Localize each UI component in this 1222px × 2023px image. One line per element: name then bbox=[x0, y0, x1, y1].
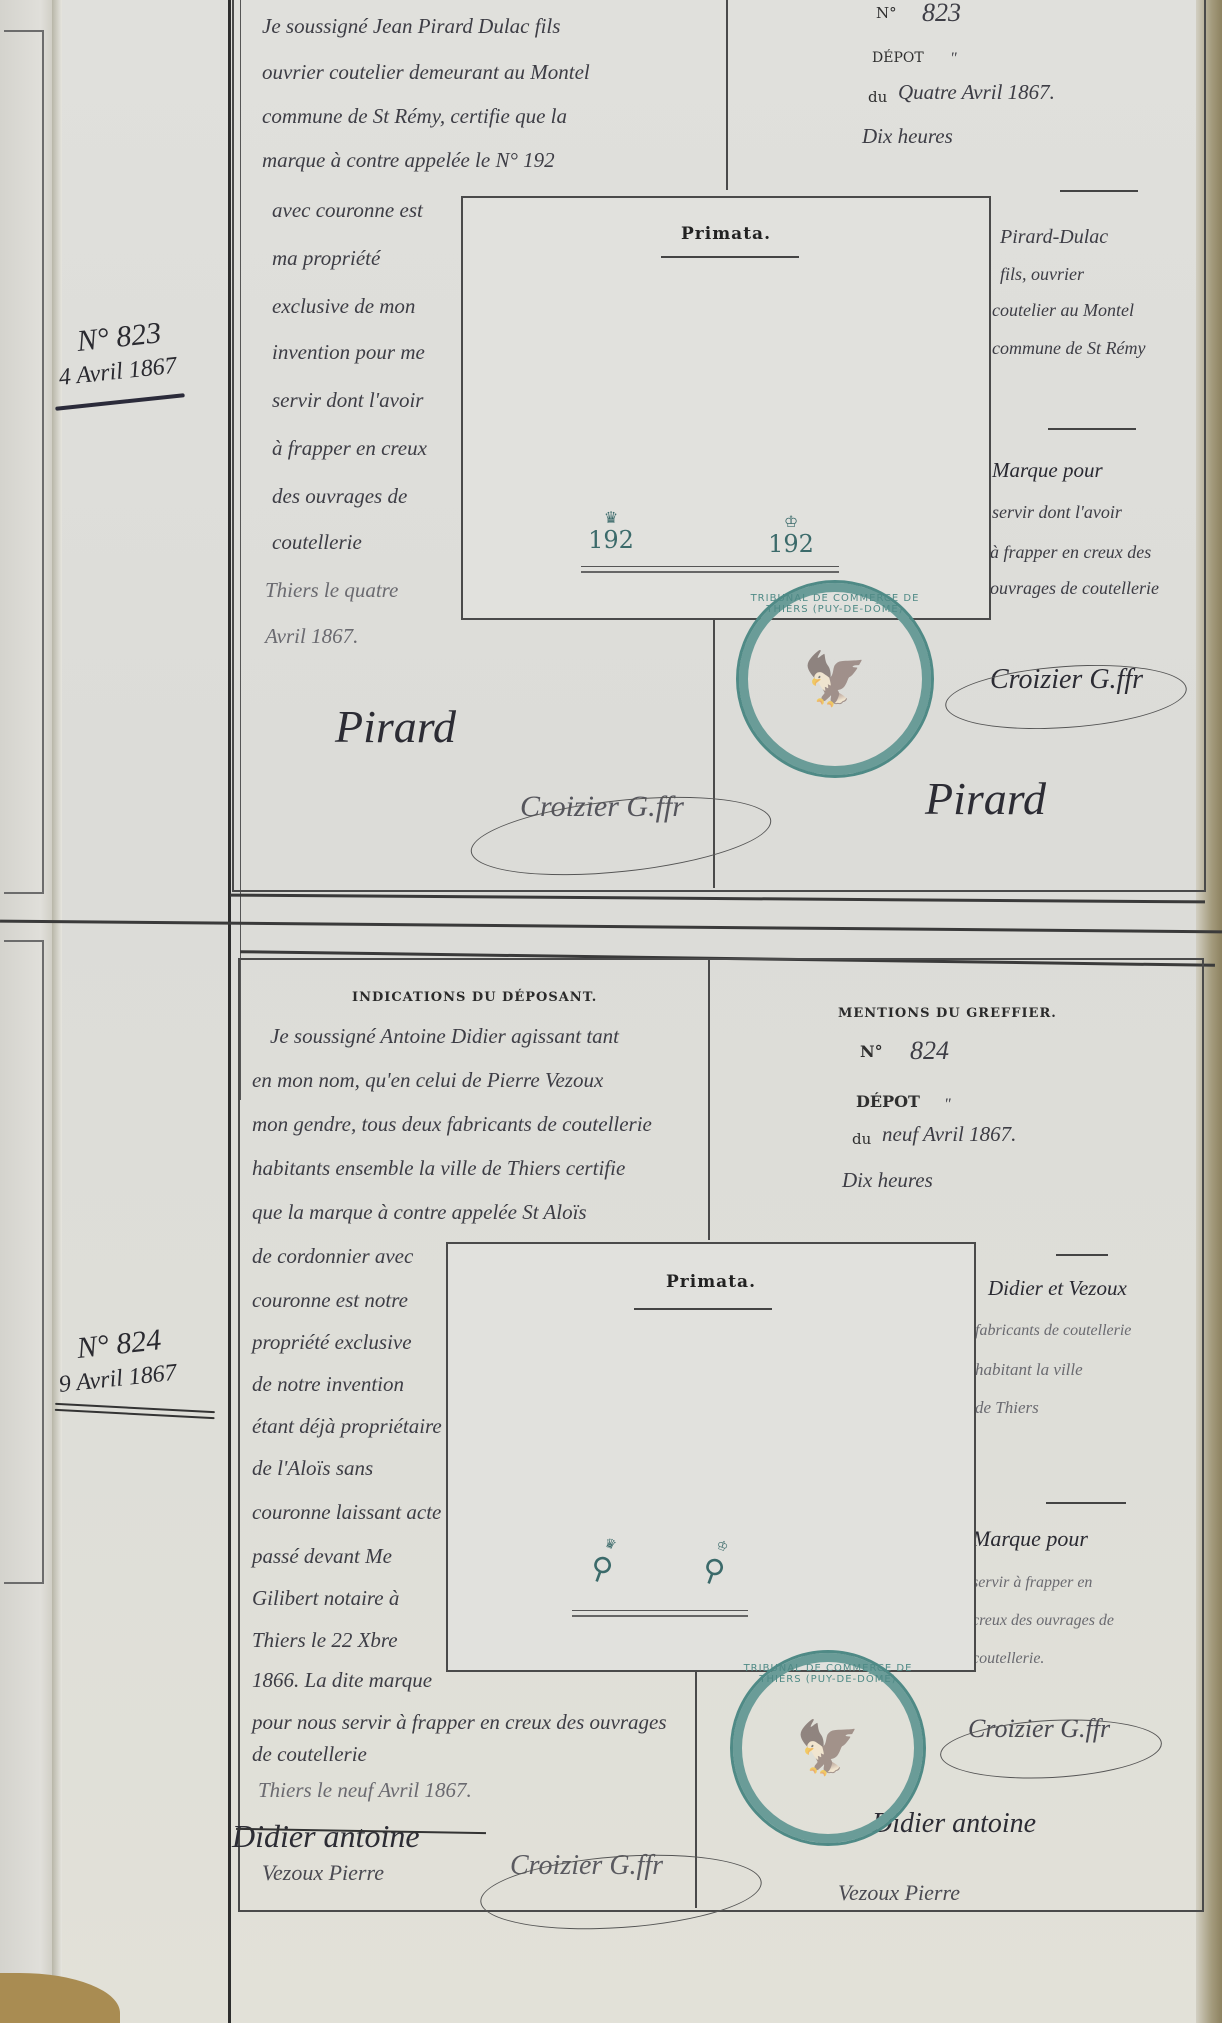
text-line: de notre invention bbox=[252, 1372, 404, 1397]
mark-impression: ♛ 192 bbox=[581, 510, 641, 554]
text-line: de l'Aloïs sans bbox=[252, 1456, 373, 1481]
clerk-divider bbox=[1060, 190, 1138, 192]
title-underline bbox=[634, 1308, 772, 1310]
margin-rule bbox=[228, 0, 231, 2023]
margin-entry-823: N° 823 4 Avril 1867 bbox=[55, 325, 225, 404]
text-line: Didier et Vezoux bbox=[988, 1276, 1127, 1301]
impression-label: 192 bbox=[588, 526, 634, 554]
text-line: fabricants de coutellerie bbox=[975, 1322, 1131, 1340]
text-line: servir dont l'avoir bbox=[992, 502, 1122, 523]
text-line: Marque pour bbox=[992, 458, 1103, 483]
text-line: ouvrages de coutellerie bbox=[990, 578, 1159, 599]
text-line: passé devant Me bbox=[252, 1544, 392, 1569]
impression-label: 192 bbox=[768, 530, 814, 558]
mark-box-824: Primata. ♛ ⚲ ♔ ⚲ bbox=[446, 1242, 976, 1672]
text-line: creux des ouvrages de bbox=[972, 1612, 1114, 1630]
impression-label bbox=[697, 1551, 709, 1584]
text-line: de coutellerie bbox=[252, 1742, 367, 1767]
text-line: coutellerie. bbox=[972, 1650, 1044, 1668]
title-underline bbox=[661, 256, 799, 258]
ditto-mark: " bbox=[944, 1096, 951, 1114]
text-line: pour nous servir à frapper en creux des … bbox=[252, 1710, 667, 1735]
text-line: Je soussigné Antoine Didier agissant tan… bbox=[270, 1024, 619, 1049]
awl-mark-icon: ♛ ⚲ bbox=[576, 1531, 631, 1593]
text-line: de cordonnier avec bbox=[252, 1244, 413, 1269]
depositor-signature: Pirard bbox=[925, 772, 1046, 825]
impression-label bbox=[585, 1549, 597, 1582]
entry-underline bbox=[55, 393, 185, 411]
text-line: Thiers le quatre bbox=[265, 578, 398, 603]
date-prefix: du bbox=[868, 88, 887, 106]
text-line: commune de St Rémy, certifie que la bbox=[262, 104, 567, 129]
mark-box-title: Primata. bbox=[448, 1272, 974, 1292]
text-line: Marque pour bbox=[972, 1526, 1088, 1552]
desk-surface bbox=[0, 1973, 120, 2023]
mark-impression: ♔ 192 bbox=[761, 514, 821, 558]
seal-text: TRIBUNAL DE COMMERCE DE THIERS (PUY-DE-D… bbox=[733, 1663, 923, 1685]
text-line: servir à frapper en bbox=[972, 1574, 1092, 1592]
eagle-icon: 🦅 bbox=[796, 1718, 861, 1779]
text-line: Avril 1867. bbox=[265, 624, 358, 649]
register-page: N° 823 4 Avril 1867 Je soussigné Jean Pi… bbox=[0, 0, 1222, 2023]
deposit-date: Quatre Avril 1867. bbox=[898, 80, 1055, 105]
text-line: coutellerie bbox=[272, 530, 362, 555]
text-line: marque à contre appelée le N° 192 bbox=[262, 148, 555, 173]
text-line: que la marque à contre appelée St Aloïs bbox=[252, 1200, 587, 1225]
deposit-label: DÉPOT bbox=[872, 50, 924, 66]
text-line: Thiers le neuf Avril 1867. bbox=[258, 1778, 472, 1803]
entry-bottom-rule bbox=[230, 894, 1205, 904]
text-line: habitants ensemble la ville de Thiers ce… bbox=[252, 1156, 625, 1181]
text-line: Je soussigné Jean Pirard Dulac fils bbox=[262, 14, 560, 39]
form-header-declarant: INDICATIONS DU DÉPOSANT. bbox=[352, 990, 597, 1005]
previous-page-frame bbox=[4, 30, 44, 894]
co-depositor-signature: Vezoux Pierre bbox=[838, 1880, 960, 1906]
text-line: à frapper en creux des bbox=[990, 542, 1151, 563]
text-line: couronne laissant acte bbox=[252, 1500, 441, 1525]
clerk-divider bbox=[1056, 1254, 1108, 1256]
text-line: ouvrier coutelier demeurant au Montel bbox=[262, 60, 590, 85]
tribunal-seal: TRIBUNAL DE COMMERCE DE THIERS (PUY-DE-D… bbox=[730, 1650, 926, 1846]
deposit-date: neuf Avril 1867. bbox=[882, 1122, 1016, 1147]
clerk-divider bbox=[1046, 1502, 1126, 1504]
text-line: à frapper en creux bbox=[272, 436, 427, 461]
text-line: Gilibert notaire à bbox=[252, 1586, 399, 1611]
text-line: avec couronne est bbox=[272, 198, 423, 223]
tribunal-seal: TRIBUNAL DE COMMERCE DE THIERS (PUY-DE-D… bbox=[736, 580, 934, 778]
previous-page-edge bbox=[0, 0, 58, 2023]
page-fold-shadow bbox=[52, 0, 62, 2023]
text-line: propriété exclusive bbox=[252, 1330, 412, 1355]
text-line: couronne est notre bbox=[252, 1288, 408, 1313]
text-line: exclusive de mon bbox=[272, 294, 415, 319]
text-line: ma propriété bbox=[272, 246, 380, 271]
mark-box-823: Primata. ♛ 192 ♔ 192 bbox=[461, 196, 991, 620]
clerk-number: 823 bbox=[922, 0, 961, 28]
text-line: invention pour me bbox=[272, 340, 425, 365]
crown-icon: ♛ bbox=[581, 510, 641, 526]
entry-separator-rule bbox=[0, 920, 1222, 934]
text-line: Thiers le 22 Xbre bbox=[252, 1628, 398, 1653]
text-line: coutelier au Montel bbox=[992, 300, 1134, 321]
seal-text: TRIBUNAL DE COMMERCE DE THIERS (PUY-DE-D… bbox=[739, 593, 931, 615]
text-line: 1866. La dite marque bbox=[252, 1668, 432, 1693]
mark-baseline bbox=[572, 1610, 748, 1617]
awl-mark-icon: ♔ ⚲ bbox=[688, 1533, 743, 1595]
mark-baseline bbox=[581, 566, 839, 573]
text-line: étant déjà propriétaire bbox=[252, 1414, 442, 1439]
declarant-signature: Didier antoine bbox=[232, 1818, 420, 1855]
entry-underline bbox=[55, 1403, 215, 1413]
text-line: habitant la ville bbox=[975, 1360, 1083, 1380]
margin-entry-824: N° 824 9 Avril 1867 bbox=[55, 1332, 225, 1409]
deposit-hour: Dix heures bbox=[862, 124, 953, 149]
clerk-number: 824 bbox=[910, 1036, 949, 1066]
column-divider bbox=[708, 960, 710, 1240]
text-line: Pirard-Dulac bbox=[1000, 226, 1108, 249]
text-line: de Thiers bbox=[975, 1398, 1039, 1418]
previous-page-frame bbox=[4, 940, 44, 1584]
clerk-divider bbox=[1048, 428, 1136, 430]
mark-box-title: Primata. bbox=[463, 224, 989, 244]
text-line: mon gendre, tous deux fabricants de cout… bbox=[252, 1112, 652, 1137]
column-divider bbox=[726, 0, 728, 190]
form-header-clerk: MENTIONS DU GREFFIER. bbox=[838, 1006, 1057, 1021]
date-prefix: du bbox=[852, 1130, 871, 1148]
text-line: des ouvrages de bbox=[272, 484, 407, 509]
text-line: fils, ouvrier bbox=[1000, 264, 1084, 285]
number-label: N° bbox=[860, 1042, 883, 1061]
deposit-hour: Dix heures bbox=[842, 1168, 933, 1193]
crown-icon: ♛ bbox=[588, 1531, 631, 1560]
eagle-icon: 🦅 bbox=[803, 649, 868, 710]
declarant-signature: Pirard bbox=[335, 700, 456, 753]
crown-icon: ♔ bbox=[761, 514, 821, 530]
text-line: en mon nom, qu'en celui de Pierre Vezoux bbox=[252, 1068, 603, 1093]
crown-icon: ♔ bbox=[700, 1533, 743, 1562]
deposit-label: DÉPOT bbox=[856, 1092, 920, 1111]
number-label: N° bbox=[876, 4, 897, 22]
text-line: commune de St Rémy bbox=[992, 338, 1145, 359]
ditto-mark: " bbox=[950, 50, 957, 68]
co-declarant-signature: Vezoux Pierre bbox=[262, 1860, 384, 1886]
text-line: servir dont l'avoir bbox=[272, 388, 423, 413]
